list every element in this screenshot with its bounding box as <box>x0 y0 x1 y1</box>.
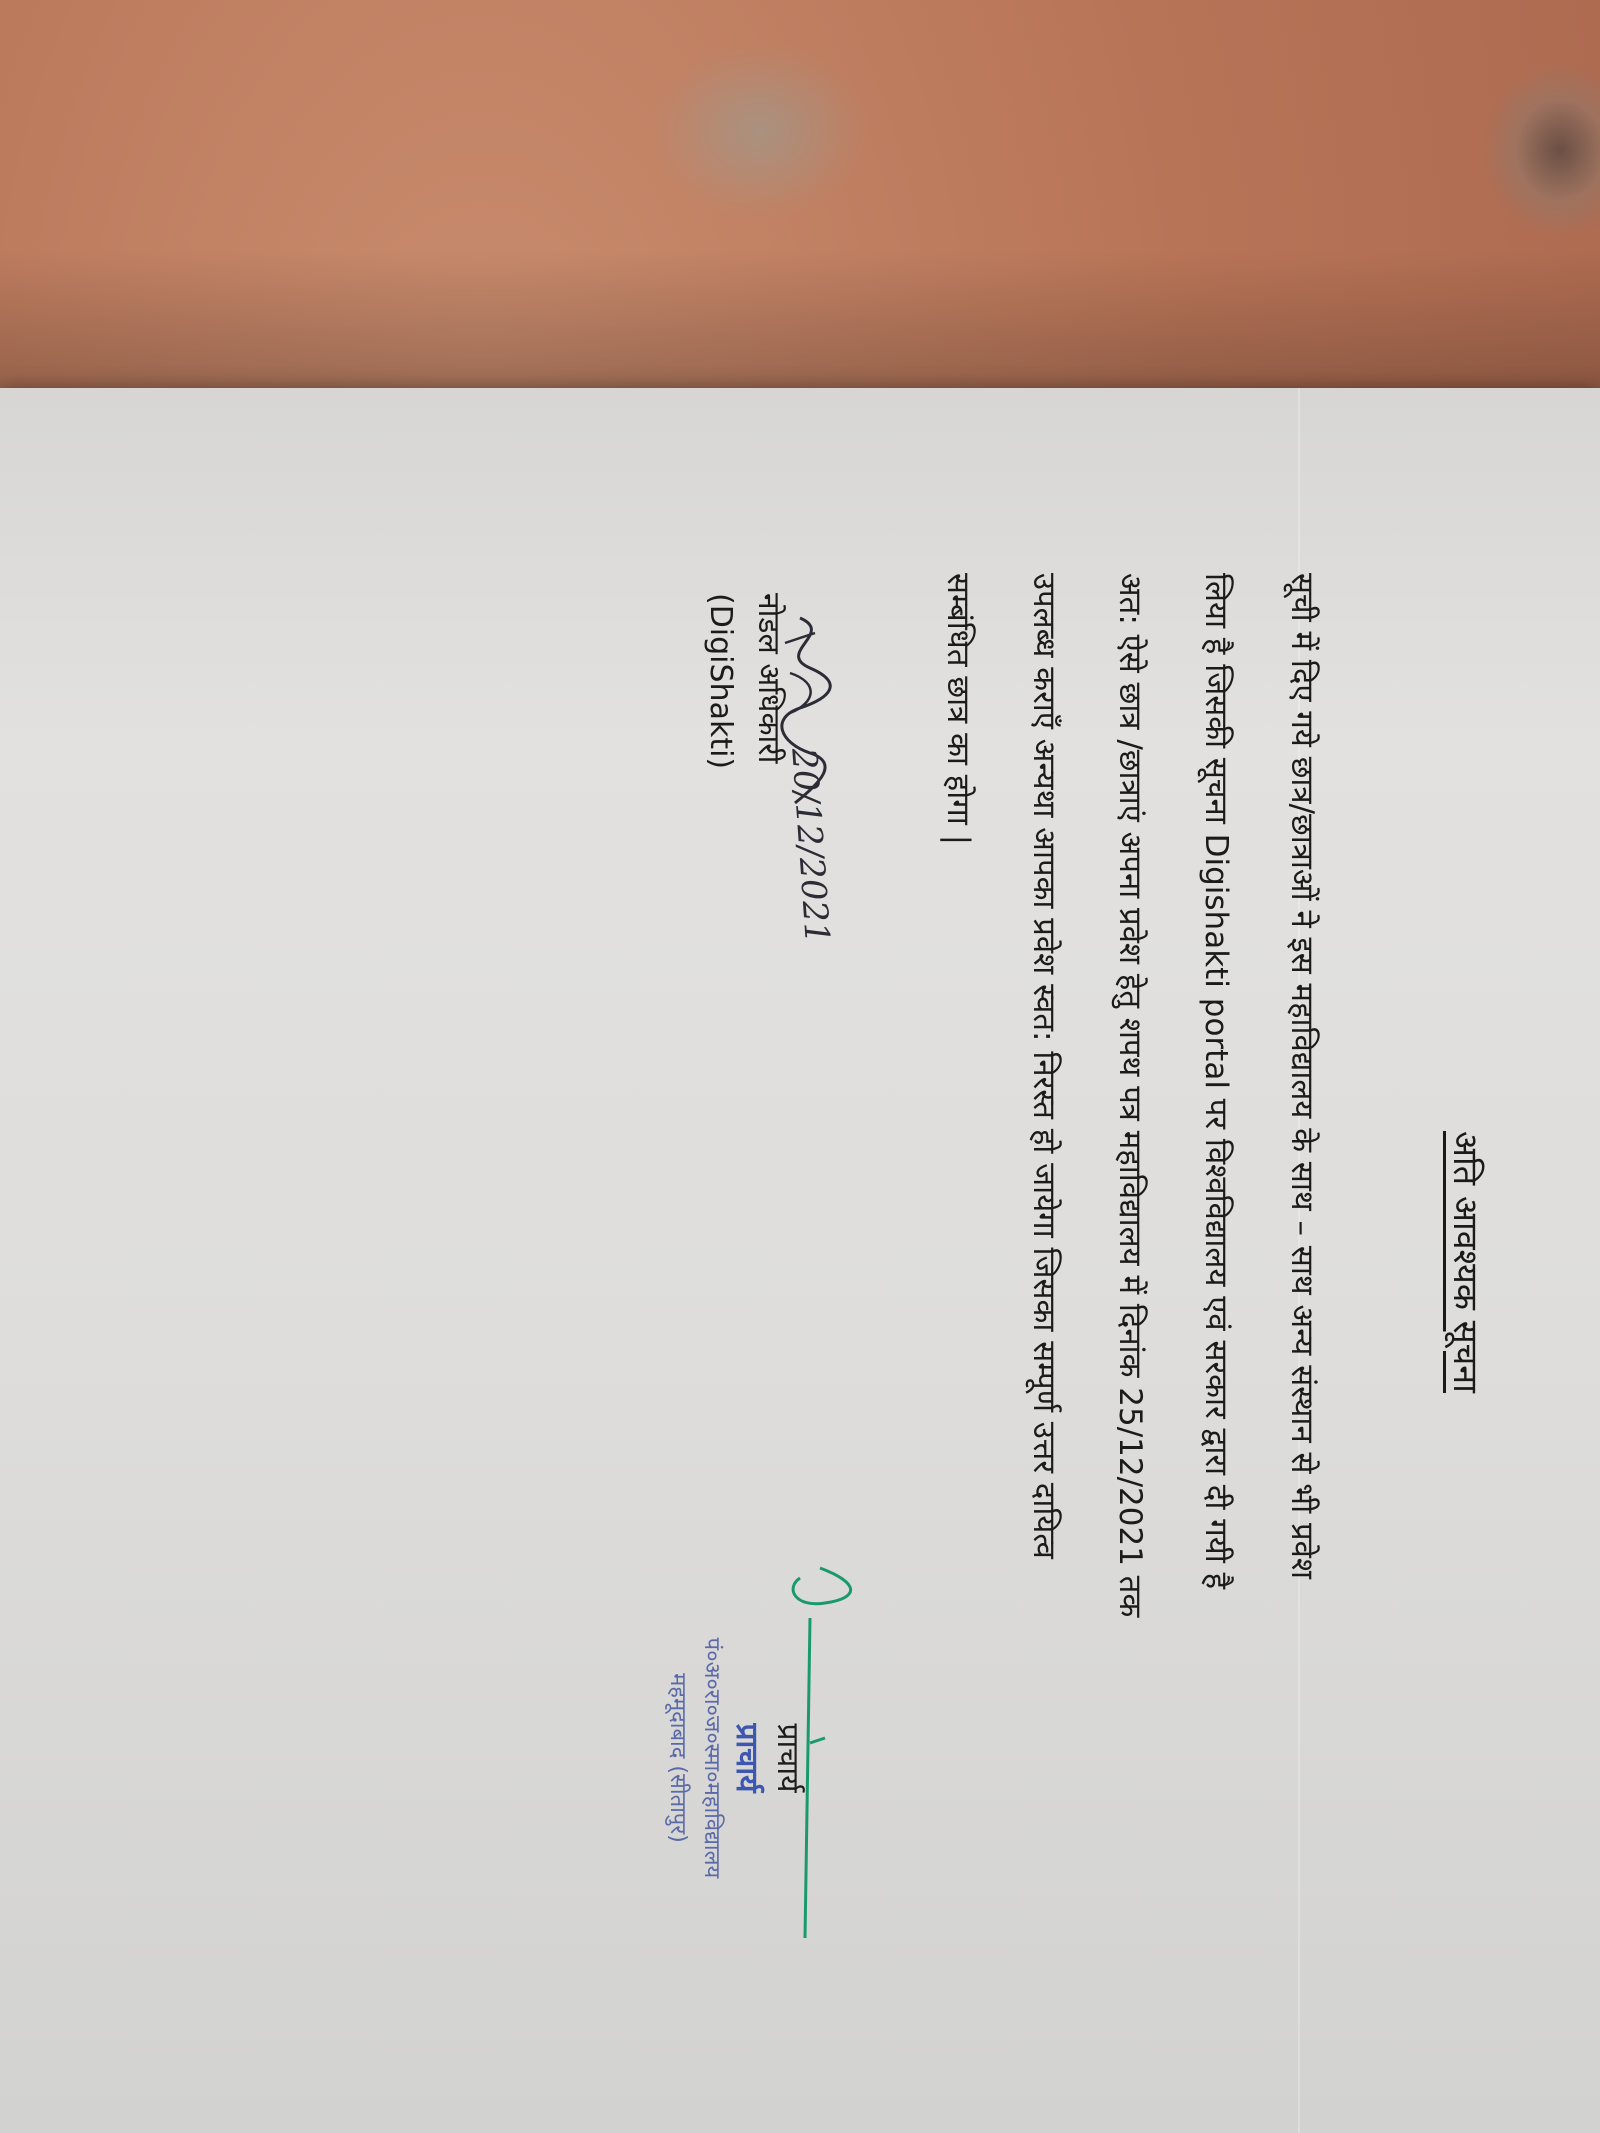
notice-title: अति आवश्यक सूचना <box>1445 1131 1485 1393</box>
stamp-location: महमूदाबाद (सीतापुर) <box>660 1498 694 2018</box>
body-line: सम्बंधित छात्र का होगा | <box>915 573 1001 1953</box>
notice-body: सूची में दिए गये छात्र/छात्राओं ने इस मह… <box>915 573 1345 1953</box>
body-line: लिया है जिसकी सूचना Digishakti portal पर… <box>1173 573 1259 1953</box>
notice-paper: अति आवश्यक सूचना सूची में दिए गये छात्र/… <box>0 388 1600 2133</box>
nodal-officer-block: नोडल अधिकारी (DigiShakti) <box>696 593 792 769</box>
notice-title-container: अति आवश्यक सूचना <box>1444 388 1490 2133</box>
nodal-officer-title: नोडल अधिकारी <box>744 593 792 769</box>
nodal-officer-subtitle: (DigiShakti) <box>696 593 744 769</box>
body-line: उपलब्ध कराएँ अन्यथा आपका प्रवेश स्वत: नि… <box>1001 573 1087 1953</box>
body-line: अत: ऐसे छात्र /छात्राएं अपना प्रवेश हेतु… <box>1087 573 1173 1953</box>
body-line: सूची में दिए गये छात्र/छात्राओं ने इस मह… <box>1259 573 1345 1953</box>
principal-title: प्राचार्य <box>769 1498 810 2018</box>
table-surface-spot <box>650 40 870 220</box>
stamp-college-name: पं०अ०रा०ज०स्मा०महाविद्यालय <box>694 1498 728 2018</box>
paper-shadow <box>0 250 1600 410</box>
principal-block: प्राचार्य प्राचार्य पं०अ०रा०ज०स्मा०महावि… <box>660 1498 840 2018</box>
college-stamp: प्राचार्य पं०अ०रा०ज०स्मा०महाविद्यालय महम… <box>660 1498 769 2018</box>
table-surface-spot <box>1480 60 1600 240</box>
